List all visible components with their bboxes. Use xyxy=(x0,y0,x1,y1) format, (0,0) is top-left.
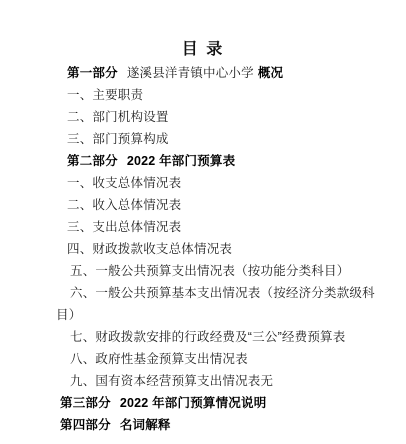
part-text: 2022 年部门预算情况说明 xyxy=(120,396,267,410)
document-page: 目 录 第一部分遂溪县洋青镇中心小学概况 一、主要职责 二、部门机构设置 三、部… xyxy=(0,0,406,444)
table-of-contents: 第一部分遂溪县洋青镇中心小学概况 一、主要职责 二、部门机构设置 三、部门预算构… xyxy=(0,62,406,436)
toc-entry: 八、政府性基金预算支出情况表 xyxy=(0,348,406,370)
toc-entry: 一、收支总体情况表 xyxy=(0,172,406,194)
toc-entry-continuation: 目） xyxy=(0,304,406,326)
part-label: 第二部分 xyxy=(67,154,118,168)
part-label: 第四部分 xyxy=(60,418,111,432)
page-title: 目 录 xyxy=(0,0,406,60)
part-label: 第三部分 xyxy=(60,396,111,410)
toc-entry: 一、主要职责 xyxy=(0,84,406,106)
part-text: 遂溪县洋青镇中心小学 xyxy=(127,66,254,80)
toc-entry: 六、一般公共预算基本支出情况表（按经济分类款级科 xyxy=(0,282,406,304)
part-label: 第一部分 xyxy=(67,66,118,80)
toc-entry: 三、支出总体情况表 xyxy=(0,216,406,238)
toc-entry: 三、部门预算构成 xyxy=(0,128,406,150)
toc-part-heading-4: 第四部分名词解释 xyxy=(0,414,406,436)
toc-part-heading-2: 第二部分2022 年部门预算表 xyxy=(0,150,406,172)
part-text: 2022 年部门预算表 xyxy=(127,154,235,168)
toc-part-heading-3: 第三部分2022 年部门预算情况说明 xyxy=(0,392,406,414)
toc-entry: 五、一般公共预算支出情况表（按功能分类科目） xyxy=(0,260,406,282)
toc-entry: 二、部门机构设置 xyxy=(0,106,406,128)
part-suffix: 概况 xyxy=(258,66,283,80)
toc-entry: 九、国有资本经营预算支出情况表无 xyxy=(0,370,406,392)
toc-part-heading-1: 第一部分遂溪县洋青镇中心小学概况 xyxy=(0,62,406,84)
toc-entry: 四、财政拨款收支总体情况表 xyxy=(0,238,406,260)
toc-entry: 七、财政拨款安排的行政经费及“三公”经费预算表 xyxy=(0,326,406,348)
toc-entry: 二、收入总体情况表 xyxy=(0,194,406,216)
part-text: 名词解释 xyxy=(120,418,171,432)
